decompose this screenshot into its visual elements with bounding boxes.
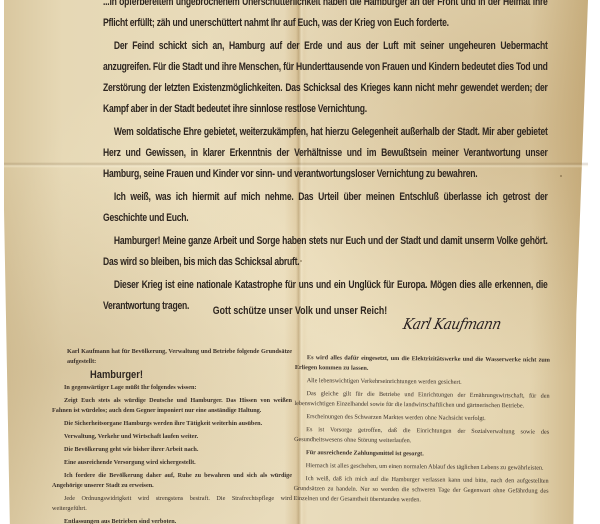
right-item: Hiernach ist alles geschehen, um einen n…: [294, 461, 549, 474]
lower-left-column: Karl Kaufmann hat für Bevölkerung, Verwa…: [52, 347, 292, 524]
paragraph-2: Der Feind schickt sich an, Hamburg auf d…: [103, 36, 548, 120]
closing-text: Gott schütze unser Volk und unser Reich!: [213, 305, 387, 317]
paper-speck: [300, 260, 302, 262]
right-item: Es ist Vorsorge getroffen, daß die Einri…: [294, 425, 549, 448]
right-item: Das gleiche gilt für die Betriebe und Ei…: [294, 389, 549, 412]
lower-right-column: Es wird alles dafür eingesetzt, um die E…: [293, 353, 550, 510]
paper-speck: [120, 22, 122, 24]
lower-heading: Hamburger!: [90, 370, 262, 380]
closing-line: Gott schütze unser Volk und unser Reich!: [0, 305, 600, 317]
left-item: Eine ausreichende Versorgung wird sicher…: [52, 458, 292, 468]
paragraph-3: Wem soldatische Ehre gebietet, weiterzuk…: [103, 122, 548, 185]
right-item: Ich weiß, daß ich mich auf die Hamburger…: [293, 474, 548, 507]
right-item: Für ausreichende Zahlungsmittel ist geso…: [294, 448, 549, 461]
left-item: Verwaltung, Verkehr und Wirtschaft laufe…: [52, 432, 292, 442]
paragraph-4: Ich weiß, was ich hiermit auf mich nehme…: [103, 187, 548, 229]
left-item: In gegenwärtiger Lage müßt Ihr folgendes…: [52, 383, 292, 393]
left-item: Die Bevölkerung geht wie bisher ihrer Ar…: [52, 445, 292, 455]
left-item: Ich fordere die Bevölkerung daher auf, R…: [52, 471, 292, 491]
left-item: Zeigt Euch stets als würdige Deutsche un…: [52, 396, 292, 416]
left-item: Jede Ordnungswidrigkeit wird strengstens…: [52, 494, 292, 514]
proclamation-body: ...in opferbereitem ungebrochenem Unersc…: [103, 0, 548, 319]
paragraph-1: ...in opferbereitem ungebrochenem Unersc…: [103, 0, 548, 34]
right-item: Erscheinungen des Schwarzen Marktes werd…: [294, 412, 549, 425]
right-item: Alle lebenswichtigen Verkehrseinrichtung…: [295, 376, 550, 389]
paper-speck: [480, 238, 482, 240]
left-item: Entlassungen aus Betrieben sind verboten…: [52, 517, 292, 524]
right-item: Es wird alles dafür eingesetzt, um die E…: [295, 353, 550, 376]
signature: Karl Kaufmann: [401, 315, 502, 333]
lower-intro: Karl Kaufmann hat für Bevölkerung, Verwa…: [67, 347, 292, 367]
paper-speck: [560, 175, 562, 177]
left-item: Die Sicherheitsorgane Hamburgs werden ih…: [52, 419, 292, 429]
paper-speck: [470, 150, 472, 152]
